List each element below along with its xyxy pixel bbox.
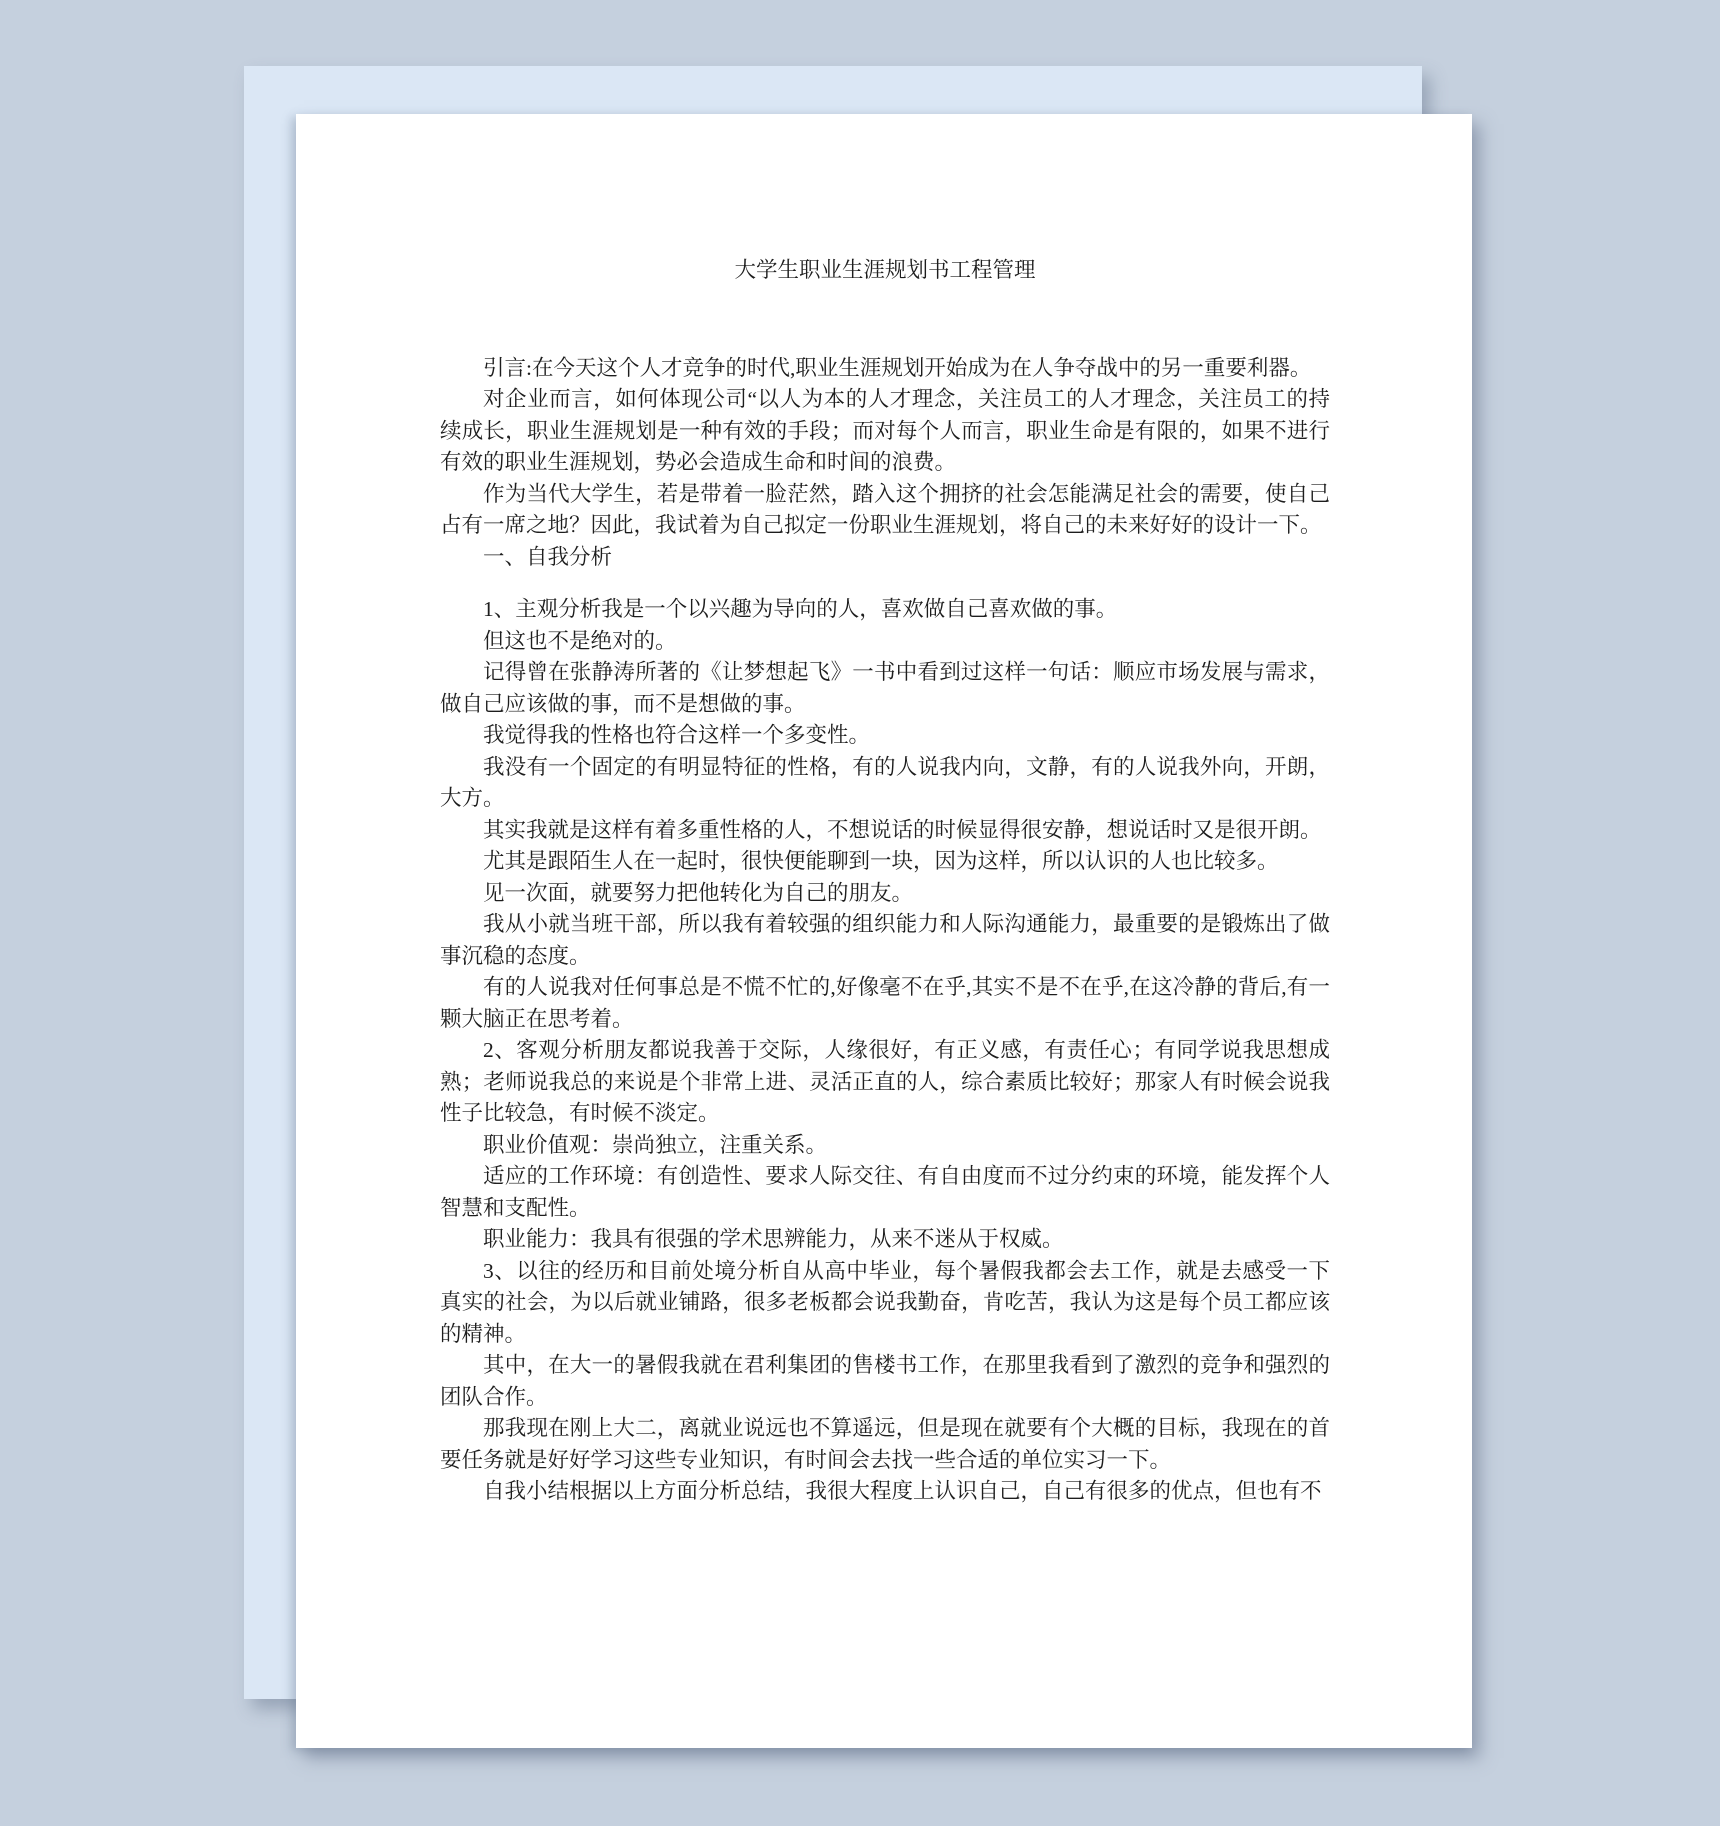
desktop-background: 大学生职业生涯规划书工程管理 引言:在今天这个人才竞争的时代,职业生涯规划开始成… <box>0 0 1720 1826</box>
paragraph: 尤其是跟陌生人在一起时，很快便能聊到一块，因为这样，所以认识的人也比较多。 <box>440 846 1330 878</box>
paragraph: 自我小结根据以上方面分析总结，我很大程度上认识自己，自己有很多的优点，但也有不 <box>440 1476 1330 1508</box>
document-body: 引言:在今天这个人才竞争的时代,职业生涯规划开始成为在人争夺战中的另一重要利器。… <box>440 353 1330 1508</box>
paragraph: 2、客观分析朋友都说我善于交际，人缘很好，有正义感，有责任心；有同学说我思想成熟… <box>440 1035 1330 1130</box>
paragraph: 我从小就当班干部，所以我有着较强的组织能力和人际沟通能力，最重要的是锻炼出了做事… <box>440 909 1330 972</box>
paragraph: 其实我就是这样有着多重性格的人，不想说话的时候显得很安静，想说话时又是很开朗。 <box>440 815 1330 847</box>
paragraph: 3、以往的经历和目前处境分析自从高中毕业，每个暑假我都会去工作，就是去感受一下真… <box>440 1256 1330 1351</box>
paragraph: 一、自我分析 <box>440 542 1330 574</box>
paragraph: 有的人说我对任何事总是不慌不忙的,好像毫不在乎,其实不是不在乎,在这冷静的背后,… <box>440 972 1330 1035</box>
paragraph: 作为当代大学生，若是带着一脸茫然，踏入这个拥挤的社会怎能满足社会的需要，使自己占… <box>440 479 1330 542</box>
paragraph: 见一次面，就要努力把他转化为自己的朋友。 <box>440 878 1330 910</box>
paragraph: 职业能力：我具有很强的学术思辨能力，从来不迷从于权威。 <box>440 1224 1330 1256</box>
paragraph: 但这也不是绝对的。 <box>440 626 1330 658</box>
document-content: 大学生职业生涯规划书工程管理 引言:在今天这个人才竞争的时代,职业生涯规划开始成… <box>440 255 1330 1508</box>
document-title: 大学生职业生涯规划书工程管理 <box>440 255 1330 287</box>
paragraph: 对企业而言，如何体现公司“以人为本的人才理念，关注员工的人才理念，关注员工的持续… <box>440 384 1330 479</box>
document-page: 大学生职业生涯规划书工程管理 引言:在今天这个人才竞争的时代,职业生涯规划开始成… <box>296 114 1472 1748</box>
paragraph: 适应的工作环境：有创造性、要求人际交往、有自由度而不过分约束的环境，能发挥个人智… <box>440 1161 1330 1224</box>
paragraph: 记得曾在张静涛所著的《让梦想起飞》一书中看到过这样一句话：顺应市场发展与需求，做… <box>440 657 1330 720</box>
paragraph: 引言:在今天这个人才竞争的时代,职业生涯规划开始成为在人争夺战中的另一重要利器。 <box>440 353 1330 385</box>
paragraph: 那我现在刚上大二，离就业说远也不算遥远，但是现在就要有个大概的目标，我现在的首要… <box>440 1413 1330 1476</box>
paragraph: 我觉得我的性格也符合这样一个多变性。 <box>440 720 1330 752</box>
paragraph: 1、主观分析我是一个以兴趣为导向的人，喜欢做自己喜欢做的事。 <box>440 594 1330 626</box>
paragraph: 职业价值观：崇尚独立，注重关系。 <box>440 1130 1330 1162</box>
paragraph: 我没有一个固定的有明显特征的性格，有的人说我内向，文静，有的人说我外向，开朗，大… <box>440 752 1330 815</box>
paragraph: 其中，在大一的暑假我就在君利集团的售楼书工作，在那里我看到了激烈的竞争和强烈的团… <box>440 1350 1330 1413</box>
